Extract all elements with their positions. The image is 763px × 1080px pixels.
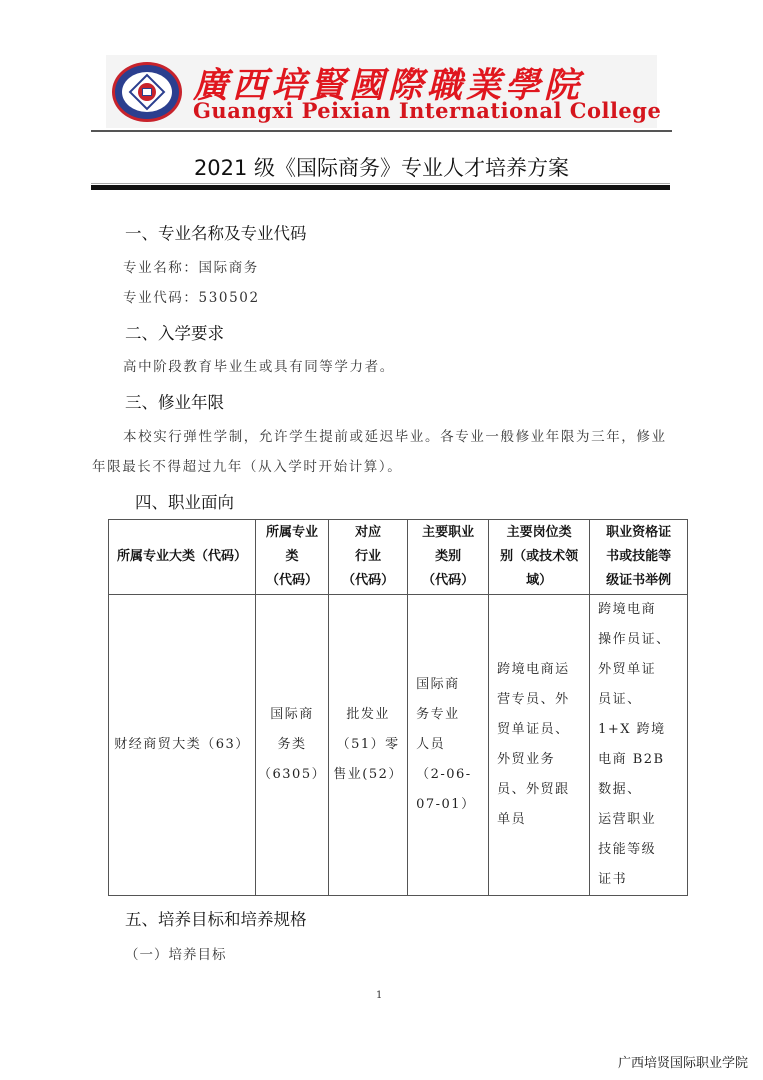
duration-text-line2: 年限最长不得超过九年（从入学时开始计算）。 <box>92 455 402 475</box>
document-title: 2021 级《国际商务》专业人才培养方案 <box>0 152 763 182</box>
header-cell: 所属专业大类（代码） <box>109 520 256 595</box>
title-rule-thick <box>91 185 670 190</box>
header-divider <box>91 130 672 132</box>
section-heading-2: 二、入学要求 <box>125 320 224 344</box>
section-heading-3: 三、修业年限 <box>125 389 224 413</box>
section-heading-1: 一、专业名称及专业代码 <box>125 220 307 244</box>
section-heading-5: 五、培养目标和培养规格 <box>125 906 307 930</box>
table-cell: 跨境电商运营专员、外贸单证员、外贸业务员、外贸跟单员 <box>489 595 590 896</box>
duration-text-line1: 本校实行弹性学制，允许学生提前或延迟毕业。各专业一般修业年限为三年，修业 <box>123 425 667 445</box>
footer-college-name: 广西培贤国际职业学院 <box>618 1052 748 1071</box>
subheading-training-goal: （一）培养目标 <box>125 943 227 963</box>
table-header-row: 所属专业大类（代码） 所属专业类（代码） 对应行业（代码） 主要职业类别（代码）… <box>109 520 688 595</box>
section-heading-4: 四、职业面向 <box>135 489 234 513</box>
table-cell: 批发业（51）零售业(52） <box>329 595 408 896</box>
career-orientation-table: 所属专业大类（代码） 所属专业类（代码） 对应行业（代码） 主要职业类别（代码）… <box>108 519 688 896</box>
table-cell: 财经商贸大类（63） <box>109 595 256 896</box>
header-cell: 主要职业类别（代码） <box>408 520 489 595</box>
table-row: 财经商贸大类（63） 国际商务类（6305） 批发业（51）零售业(52） 国际… <box>109 595 688 896</box>
header-cell: 职业资格证书或技能等级证书举例 <box>590 520 688 595</box>
table-cell: 国际商务类（6305） <box>256 595 329 896</box>
major-name: 专业名称：国际商务 <box>123 256 259 276</box>
page-number: 1 <box>376 990 382 1001</box>
header-cell: 主要岗位类别（或技术领域） <box>489 520 590 595</box>
admission-text: 高中阶段教育毕业生或具有同等学力者。 <box>123 355 395 375</box>
header-cell: 对应行业（代码） <box>329 520 408 595</box>
college-name-en: Guangxi Peixian International College <box>193 98 661 123</box>
major-code: 专业代码：530502 <box>123 286 260 306</box>
book-icon <box>142 88 152 96</box>
title-rule-thin <box>91 183 670 184</box>
table-cell: 跨境电商操作员证、外贸单证员证、1+X 跨境电商 B2B数据、运营职业技能等级证… <box>590 595 688 896</box>
table-cell: 国际商务专业人员（2-06-07-01） <box>408 595 489 896</box>
header-cell: 所属专业类（代码） <box>256 520 329 595</box>
college-emblem-icon <box>112 62 182 122</box>
